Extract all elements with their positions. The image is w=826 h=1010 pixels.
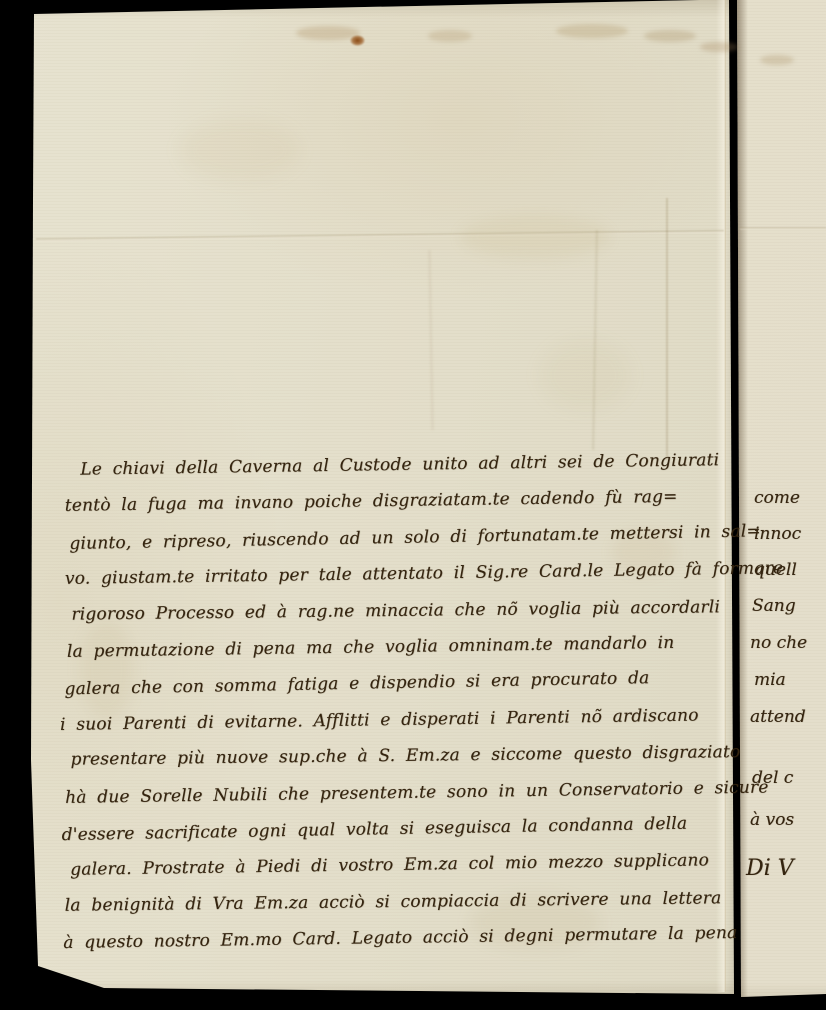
adjacent-page-fragment: à vos — [750, 810, 794, 830]
letter-text-block: Le chiavi della Caverna al Custode unito… — [56, 442, 735, 961]
adjacent-page-fragment: innoc — [754, 524, 801, 544]
scanned-letter-screenshot: { "colors": { "background": "#000000", "… — [0, 0, 826, 1010]
adjacent-page-fragment: Sang — [752, 596, 796, 616]
adjacent-page-fragment: attend — [750, 707, 806, 727]
adjacent-page-fragment: no che — [750, 633, 807, 653]
adjacent-page-fragment: come — [754, 488, 800, 508]
handwriting-line: presentare più nuove sup.che à S. Em.za … — [70, 734, 732, 778]
adjacent-page-fragment: mia — [754, 670, 786, 690]
adjacent-page-signature-fragment: Di V — [746, 856, 794, 881]
adjacent-page-fragment: del c — [752, 768, 793, 788]
handwriting-line: rigoroso Processo ed à rag.ne minaccia c… — [71, 589, 730, 633]
handwriting-line: la benignità di Vra Em.za acciò si compi… — [65, 880, 735, 924]
adjacent-page-fragment: quell — [754, 560, 797, 580]
